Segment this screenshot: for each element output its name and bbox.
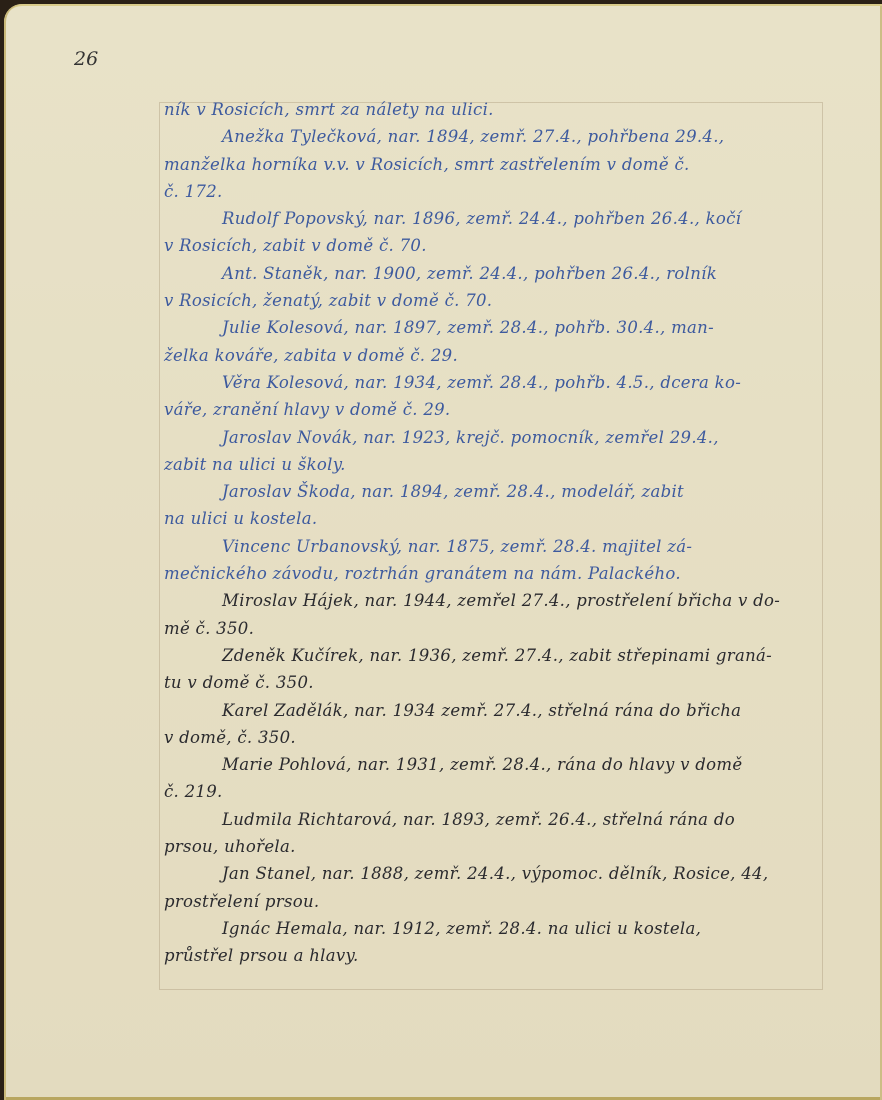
entries-text-block: ník v Rosicích, smrt za nálety na ulici.…	[164, 96, 824, 970]
entry-line-continuation: zabit na ulici u školy.	[164, 451, 824, 478]
page-number: 26	[74, 48, 98, 70]
entry-line-start: Věra Kolesová, nar. 1934, zemř. 28.4., p…	[164, 369, 824, 396]
entry-line-start: Vincenc Urbanovský, nar. 1875, zemř. 28.…	[164, 533, 824, 560]
entry-line-start: Jaroslav Škoda, nar. 1894, zemř. 28.4., …	[164, 478, 824, 505]
entry-line-continuation: v Rosicích, zabit v domě č. 70.	[164, 232, 824, 259]
entry-line-continuation: mě č. 350.	[164, 615, 824, 642]
entry-line-continuation: želka kováře, zabita v domě č. 29.	[164, 342, 824, 369]
entry-line-start: Ignác Hemala, nar. 1912, zemř. 28.4. na …	[164, 915, 824, 942]
entry-line-continuation: průstřel prsou a hlavy.	[164, 942, 824, 969]
entry-line-continuation: manželka horníka v.v. v Rosicích, smrt z…	[164, 151, 824, 178]
entry-line-start: Jaroslav Novák, nar. 1923, krejč. pomocn…	[164, 424, 824, 451]
entry-line-continuation: váře, zranění hlavy v domě č. 29.	[164, 396, 824, 423]
entry-line-start: Miroslav Hájek, nar. 1944, zemřel 27.4.,…	[164, 587, 824, 614]
entry-line-start: Zdeněk Kučírek, nar. 1936, zemř. 27.4., …	[164, 642, 824, 669]
entry-line-continuation: prsou, uhořela.	[164, 833, 824, 860]
ledger-page: 26 ník v Rosicích, smrt za nálety na uli…	[4, 4, 882, 1100]
entry-line-start: Ludmila Richtarová, nar. 1893, zemř. 26.…	[164, 806, 824, 833]
entry-line-start: Julie Kolesová, nar. 1897, zemř. 28.4., …	[164, 314, 824, 341]
entry-line-start: Anežka Tylečková, nar. 1894, zemř. 27.4.…	[164, 123, 824, 150]
entry-line-continuation: č. 219.	[164, 778, 824, 805]
entry-line-continuation: v Rosicích, ženatý, zabit v domě č. 70.	[164, 287, 824, 314]
entry-line-continuation: mečnického závodu, roztrhán granátem na …	[164, 560, 824, 587]
entry-line-start: Rudolf Popovský, nar. 1896, zemř. 24.4.,…	[164, 205, 824, 232]
entry-line-start: Jan Stanel, nar. 1888, zemř. 24.4., výpo…	[164, 860, 824, 887]
entry-line-continuation: na ulici u kostela.	[164, 505, 824, 532]
entry-line-continuation: tu v domě č. 350.	[164, 669, 824, 696]
entry-line-start: Ant. Staněk, nar. 1900, zemř. 24.4., poh…	[164, 260, 824, 287]
entry-line-continuation: v domě, č. 350.	[164, 724, 824, 751]
entry-line-start: Marie Pohlová, nar. 1931, zemř. 28.4., r…	[164, 751, 824, 778]
entry-line-continuation: č. 172.	[164, 178, 824, 205]
entry-line-continuation: ník v Rosicích, smrt za nálety na ulici.	[164, 96, 824, 123]
entry-line-continuation: prostřelení prsou.	[164, 888, 824, 915]
entry-line-start: Karel Zadělák, nar. 1934 zemř. 27.4., st…	[164, 697, 824, 724]
